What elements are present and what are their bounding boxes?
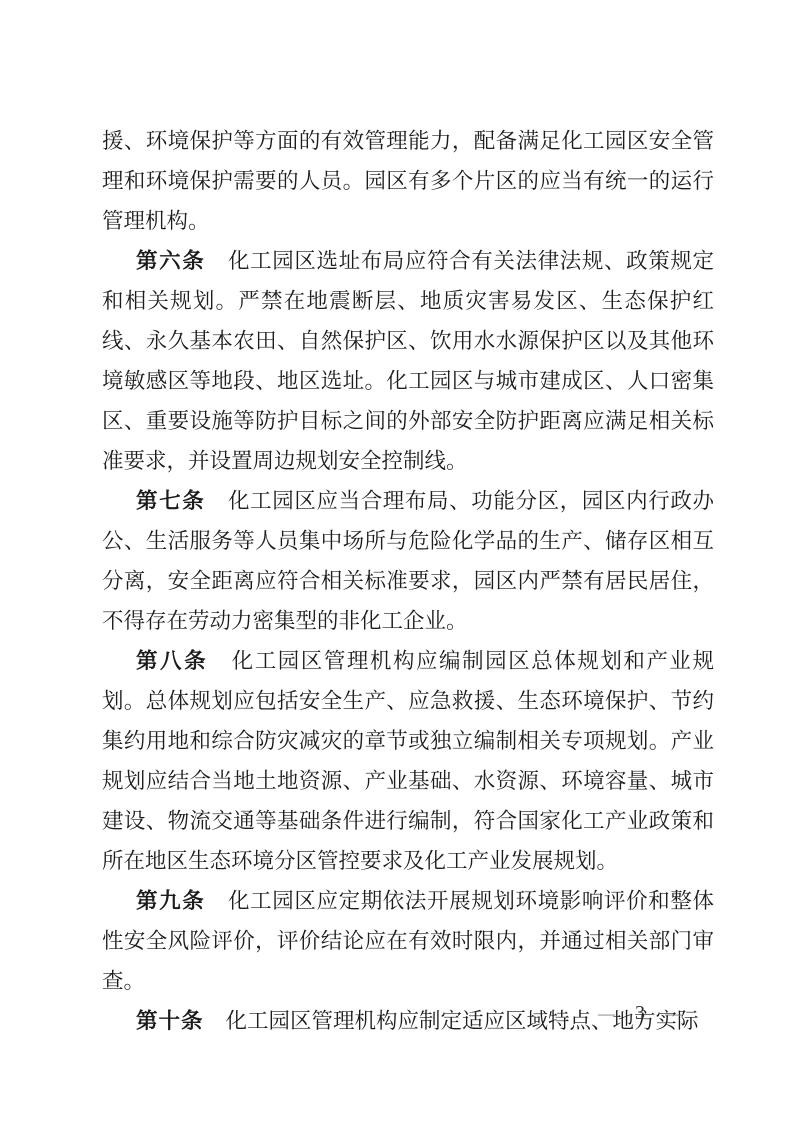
- article-label: 第六条: [136, 249, 205, 273]
- article-label: 第九条: [136, 889, 205, 913]
- article-label: 第八条: [136, 649, 208, 673]
- paragraph-text: 化工园区管理机构应编制园区总体规划和产业规划。总体规划应包括安全生产、应急救援、…: [102, 649, 714, 873]
- paragraph-text: 化工园区选址布局应符合有关法律法规、政策规定和相关规划。严禁在地震断层、地质灾害…: [102, 249, 714, 473]
- continuation-paragraph: 援、环境保护等方面的有效管理能力，配备满足化工园区安全管理和环境保护需要的人员。…: [102, 121, 714, 241]
- article-label: 第十条: [136, 1009, 204, 1033]
- page-number: 3: [635, 1002, 645, 1025]
- article-paragraph: 第九条化工园区应定期依法开展规划环境影响评价和整体性安全风险评价，评价结论应在有…: [102, 881, 714, 1001]
- document-page: 援、环境保护等方面的有效管理能力，配备满足化工园区安全管理和环境保护需要的人员。…: [0, 0, 800, 1132]
- article-paragraph: 第六条化工园区选址布局应符合有关法律法规、政策规定和相关规划。严禁在地震断层、地…: [102, 241, 714, 481]
- article-label: 第七条: [136, 489, 205, 513]
- article-paragraph: 第八条化工园区管理机构应编制园区总体规划和产业规划。总体规划应包括安全生产、应急…: [102, 641, 714, 881]
- paragraph-text: 援、环境保护等方面的有效管理能力，配备满足化工园区安全管理和环境保护需要的人员。…: [102, 129, 714, 233]
- article-paragraph: 第七条化工园区应当合理布局、功能分区，园区内行政办公、生活服务等人员集中场所与危…: [102, 481, 714, 641]
- footer-dash-right: —: [665, 1005, 682, 1022]
- page-footer: — 3 —: [598, 1002, 682, 1025]
- document-body: 援、环境保护等方面的有效管理能力，配备满足化工园区安全管理和环境保护需要的人员。…: [102, 121, 714, 1041]
- footer-dash-left: —: [598, 1005, 615, 1022]
